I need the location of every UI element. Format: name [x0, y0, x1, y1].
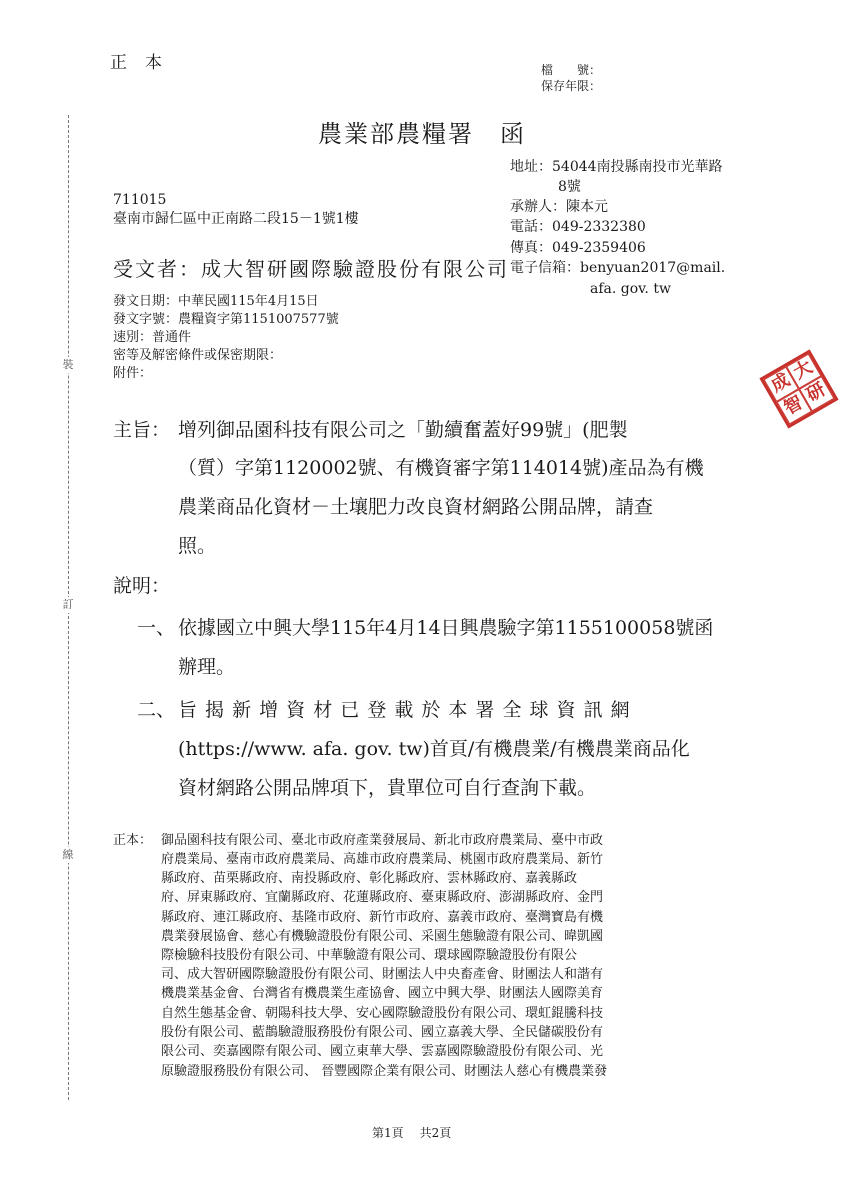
copies-line: 自然生態基金會、朝陽科技大學、安心國際驗證股份有限公司、環虹錕騰科技 — [161, 1005, 603, 1023]
copies-line: 府、屏東縣政府、宜蘭縣政府、花蓮縣政府、臺東縣政府、澎湖縣政府、金門 — [161, 889, 603, 907]
explanation-item-2-line-2: (https://www. afa. gov. tw)首頁/有機農業/有機農業商… — [178, 731, 690, 768]
email-line1: benyuan2017@mail. — [580, 260, 725, 276]
retention-period-label: 保存年限： — [541, 79, 601, 94]
confidentiality: 密等及解密條件或保密期限： — [113, 347, 282, 364]
copies-line: 縣政府、連江縣政府、基隆市政府、新竹市政府、嘉義市政府、臺灣寶島有機 — [161, 909, 603, 927]
subject-line-4: 照。 — [178, 528, 216, 565]
subject-line-2: （質）字第1120002號、有機資審字第114014號)產品為有機 — [178, 450, 704, 487]
page-number: 第1頁共2頁 — [372, 1124, 451, 1141]
explanation-item-1-number: 一、 — [137, 610, 175, 647]
recipient-name: 成大智研國際驗證股份有限公司 — [201, 257, 509, 281]
explanation-label: 說明： — [113, 568, 170, 605]
binding-mark-zhuang: 裝 — [60, 357, 76, 373]
explanation-item-1-line-2: 辦理。 — [178, 649, 235, 686]
address-line2: 8號 — [558, 178, 581, 196]
recipient-label: 受文者： — [113, 257, 201, 281]
email: 電子信箱：benyuan2017@mail. — [510, 259, 725, 277]
copies-label: 正本： — [113, 832, 152, 850]
explanation-item-2-number: 二、 — [137, 692, 175, 729]
current-page: 第1頁 — [372, 1126, 404, 1140]
copies-line: 機農業基金會、台灣省有機農業生產協會、國立中興大學、財團法人國際美育 — [161, 985, 603, 1003]
handler: 承辦人：陳本元 — [510, 198, 608, 216]
explanation-item-2-line-1: 旨 揭 新 增 資 材 已 登 載 於 本 署 全 球 資 訊 網 — [178, 692, 631, 729]
official-seal-stamp: 成 大 智 研 — [759, 349, 838, 428]
copies-line: 縣政府、苗栗縣政府、南投縣政府、彰化縣政府、雲林縣政府、嘉義縣政 — [161, 870, 577, 888]
issue-date: 發文日期：中華民國115年4月15日 — [113, 293, 319, 310]
copies-line: 原驗證服務股份有限公司、 晉豐國際企業有限公司、財團法人慈心有機農業發 — [161, 1063, 607, 1081]
binding-mark-ding: 訂 — [60, 597, 76, 613]
copies-line: 府農業局、臺南市政府農業局、高雄市政府農業局、桃園市政府農業局、新竹 — [161, 851, 603, 869]
subject-line-3: 農業商品化資材－土壤肥力改良資材網路公開品牌，請查 — [178, 489, 653, 526]
copies-line: 御品園科技有限公司、臺北市政府產業發展局、新北市政府農業局、臺中市政 — [161, 832, 603, 850]
subject-label: 主旨： — [113, 412, 170, 449]
address-label: 地址： — [510, 159, 552, 175]
attachments: 附件： — [113, 365, 152, 382]
explanation-item-1-line-1: 依據國立中興大學115年4月14日興農驗字第1155100058號函 — [178, 610, 713, 647]
copy-type-label: 正本 — [110, 48, 180, 73]
copies-line: 際檢驗科技股份有限公司、中華驗證有限公司、環球國際驗證股份有限公 — [161, 947, 577, 965]
file-number-label: 檔 號： — [541, 63, 601, 78]
urgency: 速別：普通件 — [113, 329, 191, 346]
copies-line: 司、成大智研國際驗證股份有限公司、財團法人中央畜產會、財團法人和諧有 — [161, 966, 603, 984]
explanation-item-2-line-3: 資材網路公開品牌項下，貴單位可自行查詢下載。 — [178, 770, 596, 807]
email-label: 電子信箱： — [510, 260, 580, 276]
subject-line-1: 增列御品園科技有限公司之「勤續奮蓋好99號」(肥製 — [178, 412, 628, 449]
recipient-address: 臺南市歸仁區中正南路二段15－1號1樓 — [113, 211, 359, 228]
phone: 電話：049-2332380 — [510, 218, 646, 236]
recipient-postal-code: 711015 — [113, 192, 166, 209]
document-title: 農業部農糧署 函 — [318, 114, 526, 149]
binding-mark-xian: 線 — [60, 847, 76, 863]
copies-line: 農業發展協會、慈心有機驗證股份有限公司、采園生態驗證有限公司、暐凱國 — [161, 928, 603, 946]
email-line2: afa. gov. tw — [590, 280, 671, 298]
recipient: 受文者：成大智研國際驗證股份有限公司 — [113, 253, 509, 282]
copies-line: 股份有限公司、藍鵲驗證服務股份有限公司、國立嘉義大學、全民儲碳股份有 — [161, 1024, 603, 1042]
total-pages: 共2頁 — [420, 1126, 452, 1140]
copies-line: 限公司、奕嘉國際有限公司、國立東華大學、雲嘉國際驗證股份有限公司、光 — [161, 1043, 603, 1061]
document-number: 發文字號：農糧資字第1151007577號 — [113, 311, 339, 328]
address-line1: 54044南投縣南投市光華路 — [552, 159, 723, 175]
sender-address: 地址：54044南投縣南投市光華路 — [510, 158, 723, 176]
fax: 傳真：049-2359406 — [510, 239, 646, 257]
